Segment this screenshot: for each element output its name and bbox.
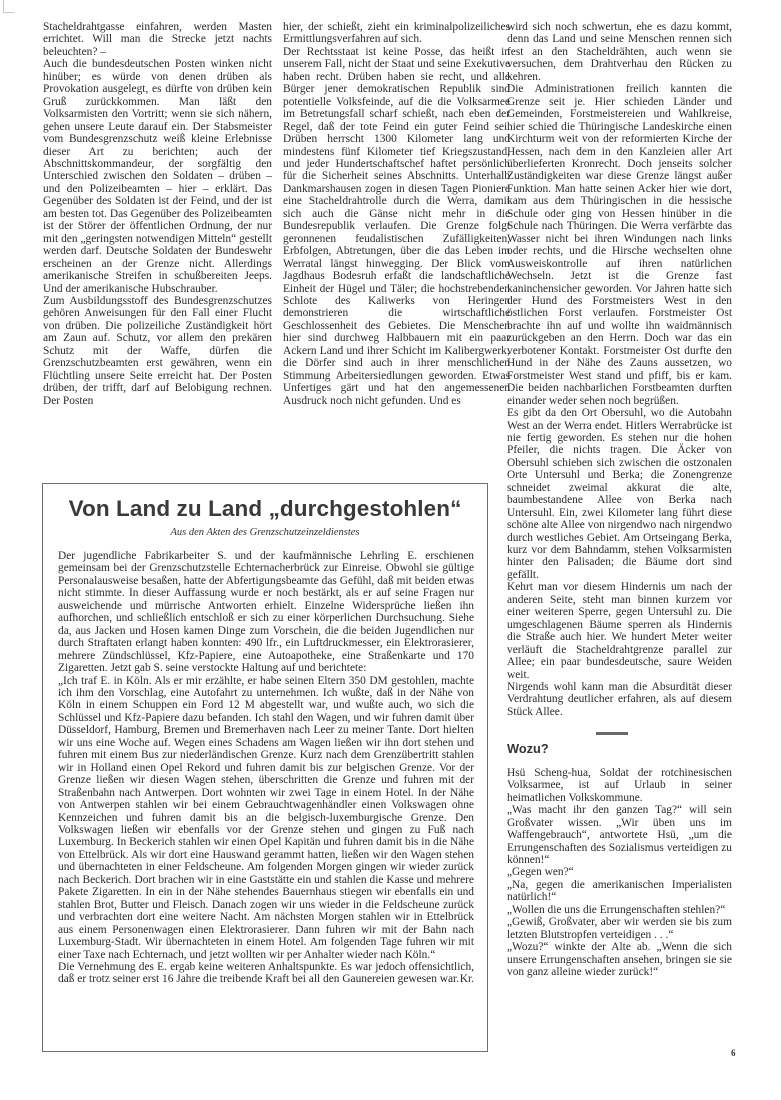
crop-mark — [3, 0, 14, 13]
paragraph: „Ich traf E. in Köln. Als er mir erzählt… — [58, 675, 474, 961]
boxed-article-body: Der jugendliche Fabrikarbeiter S. und de… — [58, 550, 474, 986]
author-signature: Kr. — [460, 973, 474, 985]
paragraph: Die Vernehmung des E. ergab keine weiter… — [58, 961, 474, 986]
paragraph: „Wozu?“ winkte der Alte ab. „Wenn die si… — [507, 941, 732, 978]
paragraph: wird sich noch schwertun, ehe es dazu ko… — [507, 21, 732, 83]
side-article: Hsü Scheng-hua, Soldat der rotchinesisch… — [507, 767, 732, 979]
paragraph: Auch die bundesdeutschen Posten winken n… — [43, 58, 272, 295]
paragraph: „Was macht ihr den ganzen Tag?“ will sei… — [507, 804, 732, 866]
paragraph: Stacheldrahtgasse einfahren, werden Mast… — [43, 21, 272, 58]
paragraph: Der Rechtsstaat ist keine Posse, das hei… — [283, 46, 510, 407]
paragraph: Die Administrationen freilich kannten di… — [507, 83, 732, 407]
paragraph: „Na, gegen die amerikanischen Imperialis… — [507, 879, 732, 904]
paragraph: „Wollen die uns die Errungenschaften ste… — [507, 904, 732, 916]
paragraph: Es gibt da den Ort Obersuhl, wo die Auto… — [507, 407, 732, 581]
article-column-1: Stacheldrahtgasse einfahren, werden Mast… — [43, 21, 272, 407]
paragraph: hier, der schießt, zieht ein kriminalpol… — [283, 21, 510, 46]
paragraph: „Gegen wen?“ — [507, 866, 732, 878]
boxed-article-title: Von Land zu Land „durchgestohlen“ — [43, 496, 487, 522]
paragraph: Zum Ausbildungsstoff des Bundesgrenzschu… — [43, 295, 272, 407]
article-column-3: wird sich noch schwertun, ehe es dazu ko… — [507, 21, 732, 979]
boxed-article: Von Land zu Land „durchgestohlen“ Aus de… — [42, 483, 488, 1052]
article-column-2: hier, der schießt, zieht ein kriminalpol… — [283, 21, 510, 407]
page-number: 6 — [731, 1048, 736, 1058]
paragraph: Hsü Scheng-hua, Soldat der rotchinesisch… — [507, 767, 732, 804]
paragraph-text: Die Vernehmung des E. ergab keine weiter… — [58, 961, 474, 985]
paragraph: Nirgends wohl kann man die Absurdität di… — [507, 681, 732, 718]
paragraph: Der jugendliche Fabrikarbeiter S. und de… — [58, 550, 474, 675]
section-heading-wozu: Wozu? — [507, 743, 732, 755]
paragraph: „Gewiß, Großvater, aber wir werden sie b… — [507, 916, 732, 941]
section-divider — [596, 732, 628, 735]
boxed-article-subtitle: Aus den Akten des Grenzschutzeinzeldiens… — [43, 527, 487, 538]
paragraph: Kehrt man vor diesem Hindernis um nach d… — [507, 581, 732, 681]
